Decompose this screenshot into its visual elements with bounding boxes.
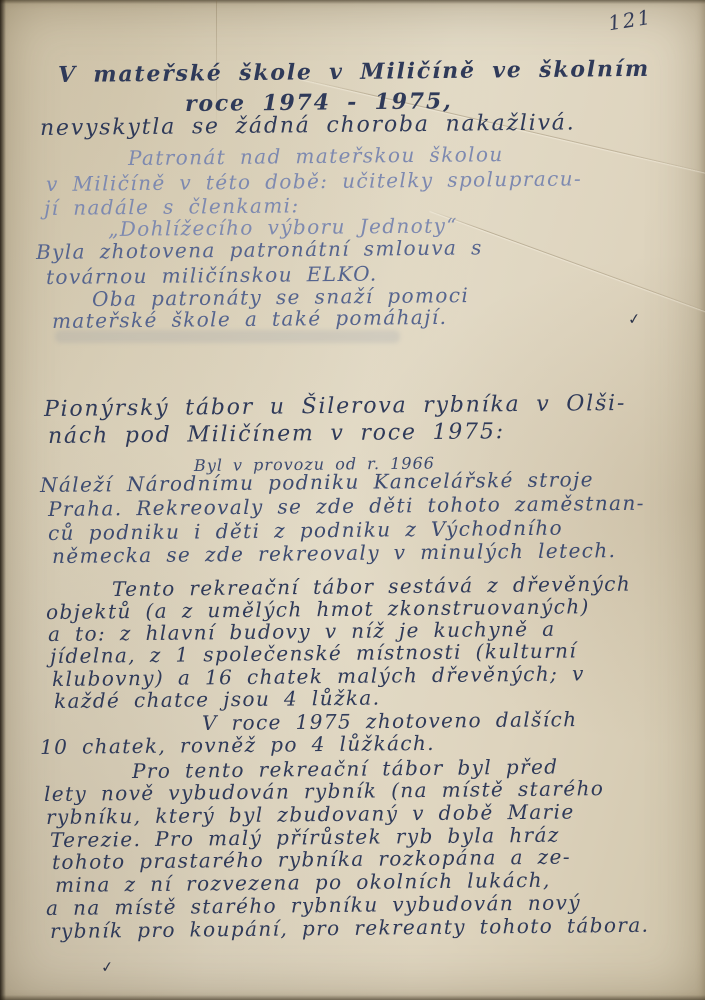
ink-bleed-ghost [55,330,400,343]
chronicle-page: 121 V mateřské škole v Miličíně ve školn… [0,0,705,1000]
page-number: 121 [606,5,653,36]
handwritten-line: mateřské škole a také pomáhají. [52,305,448,333]
handwritten-line: v Miličíně v této době: učitelky spolupr… [46,166,582,196]
paper-edge-bottom [0,995,705,1000]
paper-crease [430,210,705,314]
paper-edge-left [0,0,6,1000]
handwritten-line: nách pod Miličínem v roce 1975: [48,419,505,449]
handwritten-line: německa se zde rekreovaly v minulých let… [52,538,617,568]
handwritten-line: 10 chatek, rovněž po 4 lůžkách. [40,731,435,759]
handwritten-line: V mateřské škole v Miličíně ve školním [58,56,650,88]
check-mark-icon: ✓ [100,957,114,976]
handwritten-line: Byla zhotovena patronátní smlouva s [36,235,483,264]
handwritten-line: Patronát nad mateřskou školou [128,142,504,170]
handwritten-line: Pionýrský tábor u Šilerova rybníka v Olš… [44,391,626,422]
paper-edge-top [0,0,705,4]
handwritten-line: nevyskytla se žádná choroba nakažlivá. [40,110,576,141]
handwritten-line: rybník pro koupání, pro rekreanty tohoto… [50,913,650,943]
check-mark-icon: ✓ [627,309,641,328]
